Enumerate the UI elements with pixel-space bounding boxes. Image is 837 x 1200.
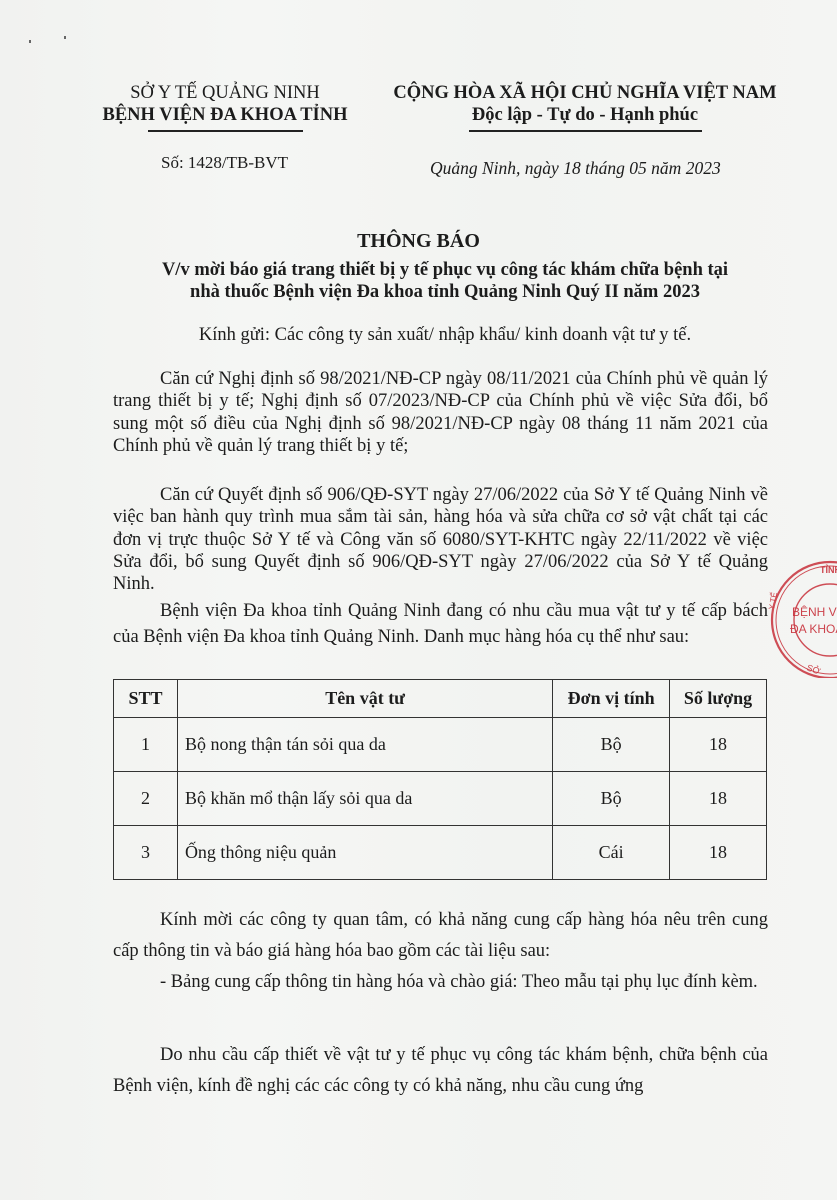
cell-quantity: 18	[670, 826, 767, 880]
scan-speck	[29, 40, 31, 43]
paragraph-invitation: Kính mời các công ty quan tâm, có khả nă…	[113, 905, 768, 967]
column-header-item-name: Tên vật tư	[177, 680, 552, 718]
column-header-unit: Đơn vị tính	[553, 680, 670, 718]
cell-unit: Bộ	[553, 772, 670, 826]
cell-item-name: Bộ khăn mổ thận lấy sỏi qua da	[177, 772, 552, 826]
document-subject: V/v mời báo giá trang thiết bị y tế phục…	[100, 259, 790, 303]
paragraph-requirement: - Bảng cung cấp thông tin hàng hóa và ch…	[113, 967, 768, 998]
issuer-underline	[148, 130, 303, 132]
cell-unit: Bộ	[553, 718, 670, 772]
paragraph-legal-basis-2: Căn cứ Quyết định số 906/QĐ-SYT ngày 27/…	[113, 484, 768, 595]
official-seal-stamp: TỈNH BỆNH V ĐA KHOA Y TẾ SỞ ✦	[762, 548, 837, 678]
document-page: SỞ Y TẾ QUẢNG NINH BỆNH VIỆN ĐA KHOA TỈN…	[0, 0, 837, 1200]
recipient-line: Kính gửi: Các công ty sản xuất/ nhập khẩ…	[100, 325, 790, 346]
cell-stt: 3	[114, 826, 178, 880]
cell-item-name: Ống thông niệu quản	[177, 826, 552, 880]
subject-line-1: V/v mời báo giá trang thiết bị y tế phục…	[100, 259, 790, 281]
table-row: 2 Bộ khăn mổ thận lấy sỏi qua da Bộ 18	[114, 772, 767, 826]
cell-quantity: 18	[670, 772, 767, 826]
cell-item-name: Bộ nong thận tán sỏi qua da	[177, 718, 552, 772]
table-row: 1 Bộ nong thận tán sỏi qua da Bộ 18	[114, 718, 767, 772]
national-heading: CỘNG HÒA XÃ HỘI CHỦ NGHĨA VIỆT NAM Độc l…	[380, 82, 790, 132]
document-title: THÔNG BÁO	[0, 230, 837, 253]
document-number: Số: 1428/TB-BVT	[161, 153, 288, 173]
subject-line-2: nhà thuốc Bệnh viện Đa khoa tỉnh Quảng N…	[100, 281, 790, 303]
motto-underline	[469, 130, 702, 132]
scan-speck	[64, 36, 66, 39]
issuer-block: SỞ Y TẾ QUẢNG NINH BỆNH VIỆN ĐA KHOA TỈN…	[100, 82, 350, 132]
department-name: SỞ Y TẾ QUẢNG NINH	[100, 82, 350, 104]
table-row: 3 Ống thông niệu quản Cái 18	[114, 826, 767, 880]
column-header-quantity: Số lượng	[670, 680, 767, 718]
goods-table: STT Tên vật tư Đơn vị tính Số lượng 1 Bộ…	[113, 679, 767, 880]
stamp-text-line2: ĐA KHOA	[790, 622, 837, 636]
cell-stt: 2	[114, 772, 178, 826]
cell-quantity: 18	[670, 718, 767, 772]
organization-name: BỆNH VIỆN ĐA KHOA TỈNH	[100, 104, 350, 126]
column-header-stt: STT	[114, 680, 178, 718]
paragraph-legal-basis-1: Căn cứ Nghị định số 98/2021/NĐ-CP ngày 0…	[113, 368, 768, 457]
cell-unit: Cái	[553, 826, 670, 880]
paragraph-need: Bệnh viện Đa khoa tỉnh Quảng Ninh đang c…	[113, 598, 768, 650]
stamp-text-line1: BỆNH V	[792, 604, 837, 619]
paragraph-request: Do nhu cầu cấp thiết về vật tư y tế phục…	[113, 1040, 768, 1102]
national-motto: Độc lập - Tự do - Hạnh phúc	[380, 104, 790, 126]
place-date: Quảng Ninh, ngày 18 tháng 05 năm 2023	[430, 158, 721, 179]
table-header-row: STT Tên vật tư Đơn vị tính Số lượng	[114, 680, 767, 718]
cell-stt: 1	[114, 718, 178, 772]
stamp-text-top: TỈNH	[820, 564, 837, 575]
country-name: CỘNG HÒA XÃ HỘI CHỦ NGHĨA VIỆT NAM	[380, 82, 790, 104]
